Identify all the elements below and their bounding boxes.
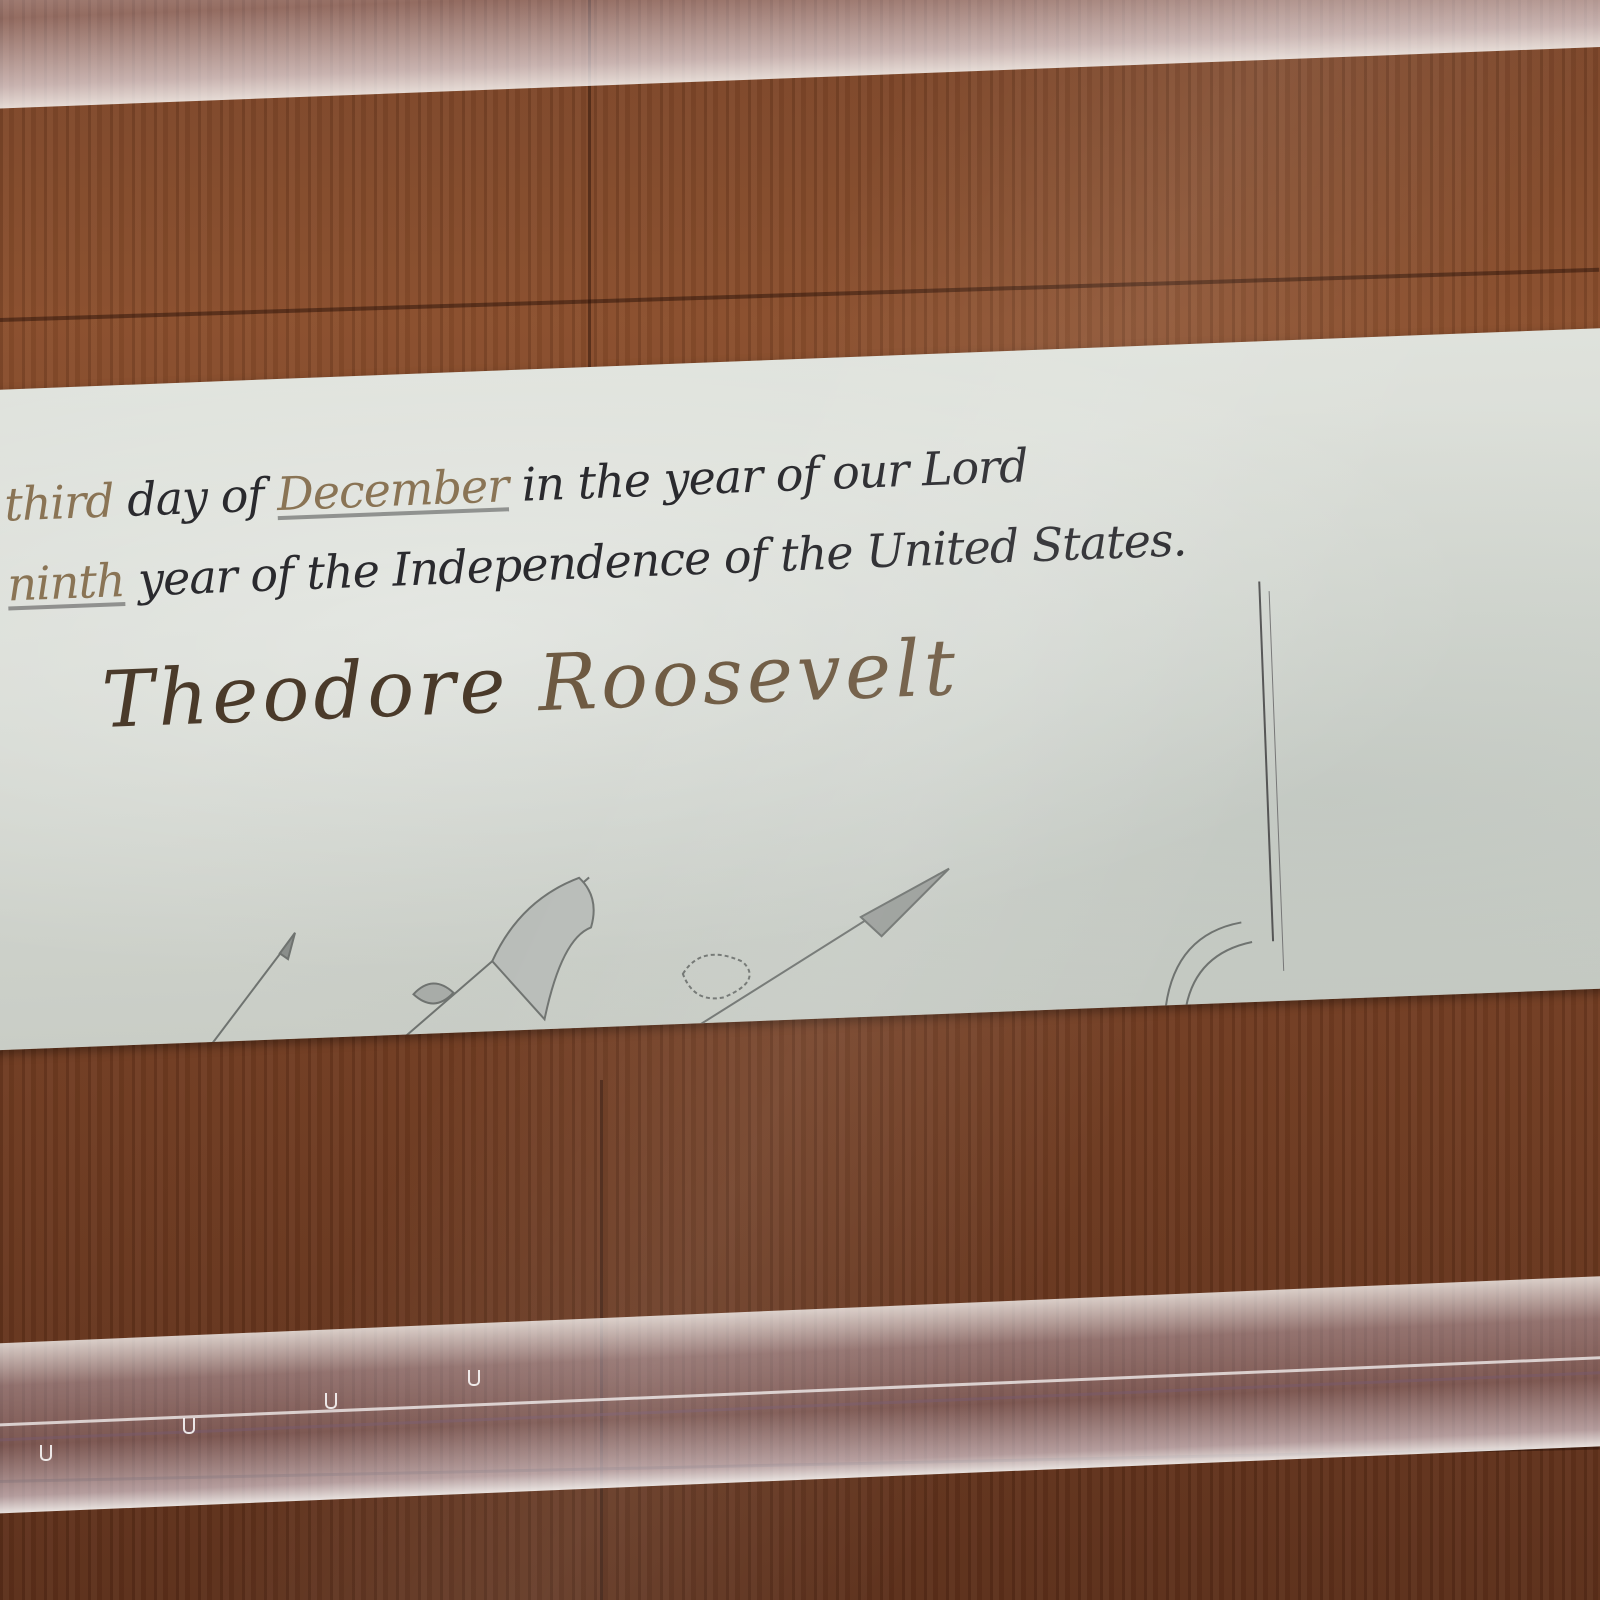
date-line: third day of December in the year of our… (3, 438, 1028, 531)
slab-clip (40, 1445, 52, 1461)
independence-line: ninth year of the Independence of the Un… (6, 512, 1187, 611)
signature: Theodore Roosevelt (100, 623, 961, 746)
slab-clip (183, 1418, 195, 1434)
signature-last: Roosevelt (536, 623, 961, 729)
printed-text: year of the Independence of the United S… (137, 512, 1187, 606)
year-ordinal: ninth (6, 553, 125, 611)
printed-text: in the year of our Lord (521, 438, 1029, 511)
day-ordinal: third (3, 473, 114, 531)
printed-text: day of (126, 468, 264, 527)
document: third day of December in the year of our… (0, 326, 1600, 1052)
signature-first: Theodore (100, 640, 511, 746)
slab-clip (325, 1393, 337, 1409)
month-field: December (276, 458, 509, 521)
slab-clip (468, 1370, 480, 1386)
border-line (1258, 581, 1274, 941)
